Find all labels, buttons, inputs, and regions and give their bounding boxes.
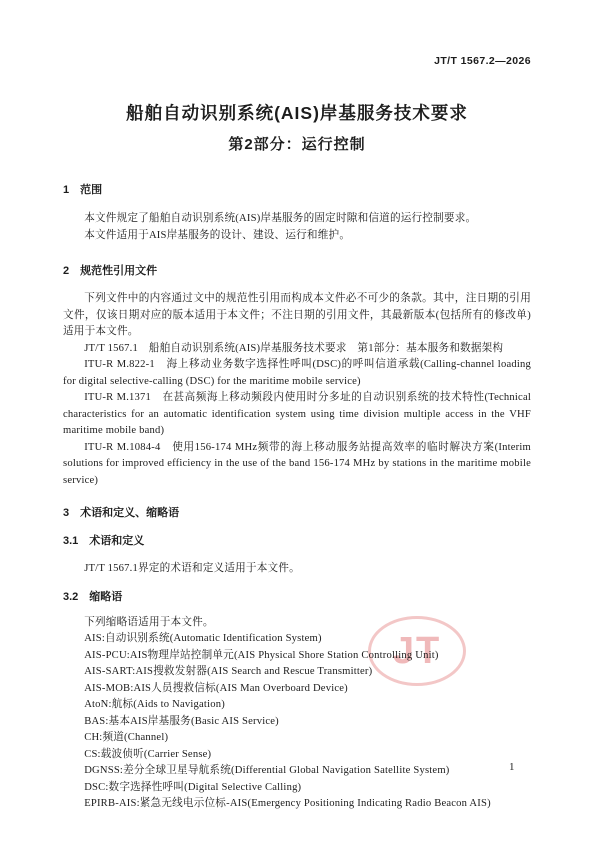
abbreviation-item: EPIRB-AIS:紧急无线电示位标-AIS(Emergency Positio… <box>63 796 531 813</box>
terms-def-paragraph: JT/T 1567.1界定的术语和定义适用于本文件。 <box>63 561 531 578</box>
section-2-heading: 2 规范性引用文件 <box>63 265 531 278</box>
abbreviation-item: CH:频道(Channel) <box>63 730 531 747</box>
standard-number: JT/T 1567.2—2026 <box>63 55 531 67</box>
abbreviation-item: AIS-SART:AIS搜救发射器(AIS Search and Rescue … <box>63 664 531 681</box>
abbreviation-item: AIS-MOB:AIS人员搜救信标(AIS Man Overboard Devi… <box>63 681 531 698</box>
section-3-2-heading: 3.2 缩略语 <box>63 591 531 604</box>
reference-item: ITU-R M.1371 在甚高频海上移动频段内使用时分多址的自动识别系统的技术… <box>63 390 531 440</box>
section-3-1-heading: 3.1 术语和定义 <box>63 535 531 548</box>
reference-item: JT/T 1567.1 船舶自动识别系统(AIS)岸基服务技术要求 第1部分：基… <box>63 341 531 358</box>
section-1-heading: 1 范围 <box>63 184 531 197</box>
document-title-line2: 第2部分：运行控制 <box>63 133 531 154</box>
abbreviations-intro: 下列缩略语适用于本文件。 <box>63 615 531 632</box>
abbreviation-item: DSC:数字选择性呼叫(Digital Selective Calling) <box>63 780 531 797</box>
abbreviation-item: AIS:自动识别系统(Automatic Identification Syst… <box>63 631 531 648</box>
abbreviation-item: CS:载波侦听(Carrier Sense) <box>63 747 531 764</box>
section-3-heading: 3 术语和定义、缩略语 <box>63 507 531 520</box>
abbreviation-item: AtoN:航标(Aids to Navigation) <box>63 697 531 714</box>
document-title-line1: 船舶自动识别系统(AIS)岸基服务技术要求 <box>63 100 531 125</box>
scope-paragraph-2: 本文件适用于AIS岸基服务的设计、建设、运行和维护。 <box>63 228 531 245</box>
abbreviation-item: BAS:基本AIS岸基服务(Basic AIS Service) <box>63 714 531 731</box>
reference-item: ITU-R M.1084-4 使用156-174 MHz频带的海上移动服务站提高… <box>63 440 531 490</box>
abbreviation-item: DGNSS:差分全球卫星导航系统(Differential Global Nav… <box>63 763 531 780</box>
scope-paragraph-1: 本文件规定了船舶自动识别系统(AIS)岸基服务的固定时隙和信道的运行控制要求。 <box>63 211 531 228</box>
page-content: JT/T 1567.2—2026 船舶自动识别系统(AIS)岸基服务技术要求 第… <box>63 0 531 813</box>
reference-item: ITU-R M.822-1 海上移动业务数字选择性呼叫(DSC)的呼叫信道承载(… <box>63 357 531 390</box>
document-page: JT JT/T 1567.2—2026 船舶自动识别系统(AIS)岸基服务技术要… <box>0 0 596 842</box>
abbreviation-item: AIS-PCU:AIS物理岸站控制单元(AIS Physical Shore S… <box>63 648 531 665</box>
page-number: 1 <box>509 761 515 773</box>
normative-refs-intro: 下列文件中的内容通过文中的规范性引用而构成本文件必不可少的条款。其中，注日期的引… <box>63 291 531 341</box>
